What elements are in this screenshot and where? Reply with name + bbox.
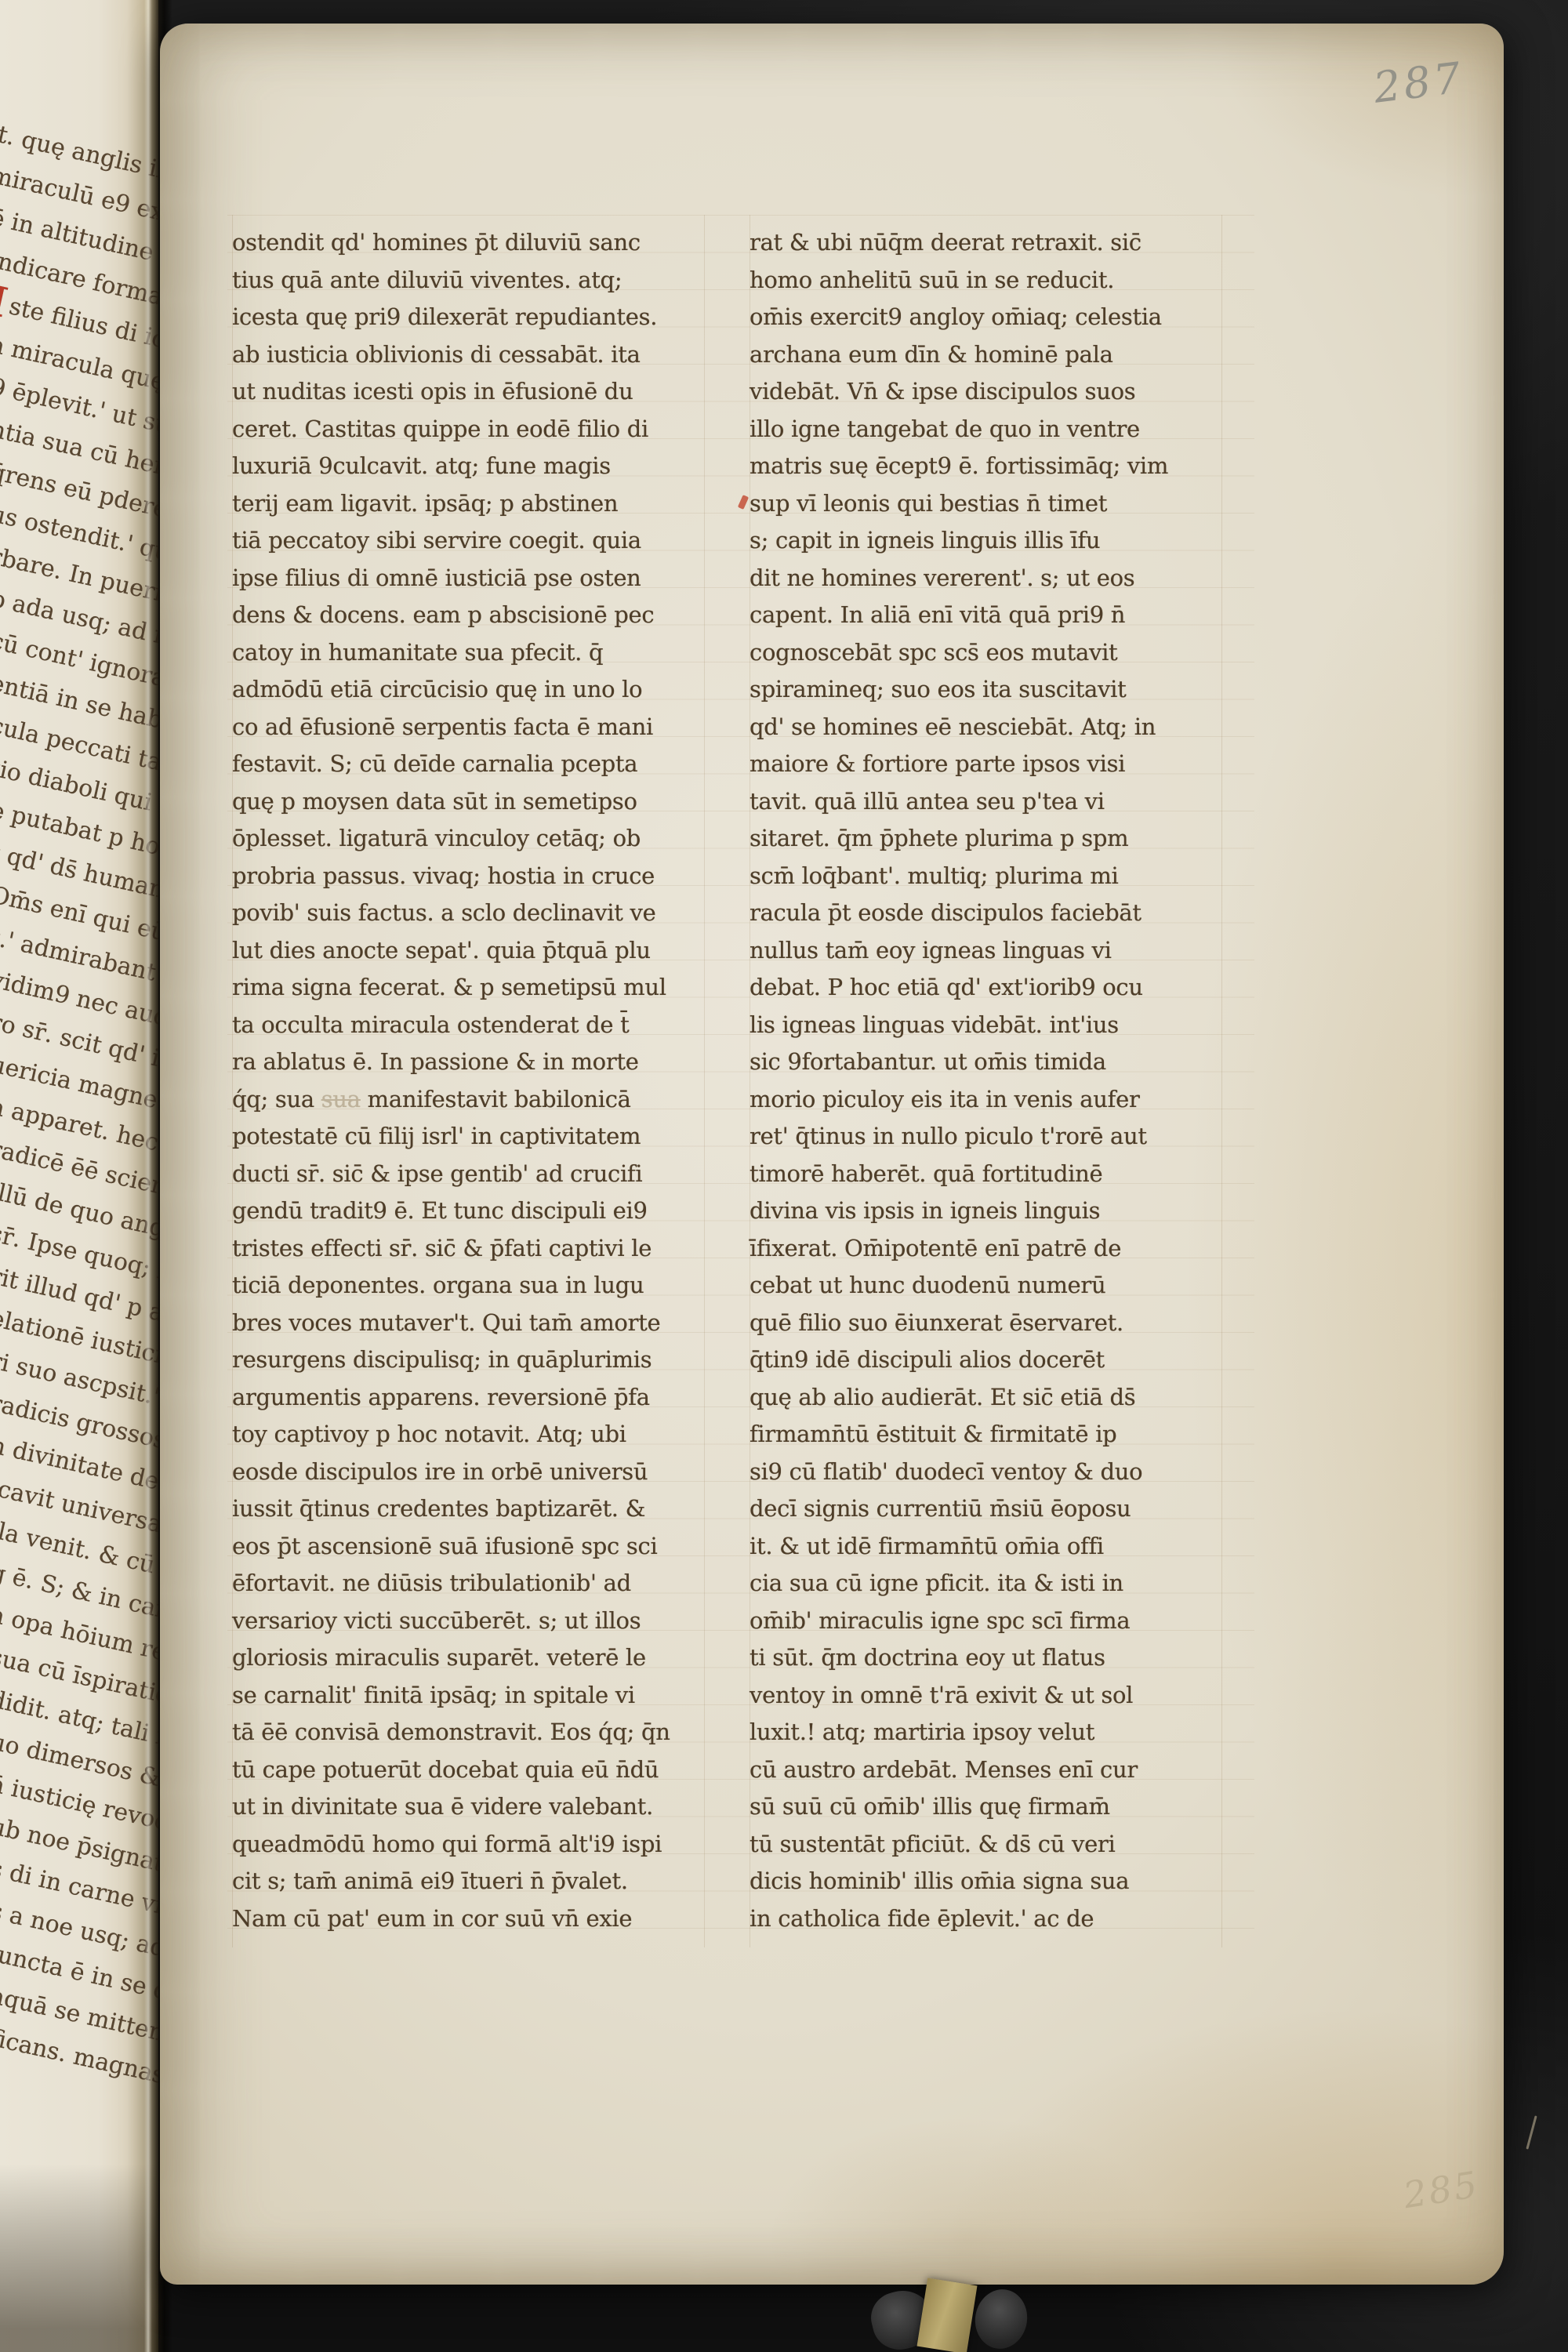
- text-line: spiramineq; suo eos ita suscitavit: [750, 671, 1168, 709]
- text-line: morio piculoy eis ita in venis aufer: [750, 1081, 1168, 1119]
- text-line: gendū tradit9 ē. Et tunc discipuli ei9: [232, 1192, 670, 1230]
- text-line: illo igne tangebat de quo in ventre: [750, 411, 1168, 448]
- text-line: sic 9fortabantur. ut om̄is timida: [750, 1044, 1168, 1081]
- text-line: se carnalit' finitā ipsāq; in spitale vi: [232, 1677, 670, 1715]
- text-line: ti sūt. q̄m doctrina eoy ut flatus: [750, 1639, 1168, 1677]
- text-line: cit s; tam̄ animā ei9 ītueri n̄ p̄valet.: [232, 1863, 670, 1900]
- text-line: ventoy in omnē t'rā exivit & ut sol: [750, 1677, 1168, 1715]
- text-line: argumentis apparens. reversionē p̄fa: [232, 1379, 670, 1417]
- text-line: ēfortavit. ne diūsis tribulationib' ad: [232, 1565, 670, 1602]
- text-line: iussit q̄tinus credentes baptizarēt. &: [232, 1490, 670, 1528]
- text-line: povib' suis factus. a sclo declinavit ve: [232, 895, 670, 932]
- text-line: ra ablatus ē. In passione & in morte: [232, 1044, 670, 1081]
- text-line: ostendit qd' homines p̄t diluviū sanc: [232, 224, 670, 262]
- text-line: bres voces mutaver't. Qui tam̄ amorte: [232, 1305, 670, 1342]
- text-line: Nam cū pat' eum in cor suū vn̄ exie: [232, 1900, 670, 1938]
- text-line: rima signa fecerat. & p semetipsū mul: [232, 969, 670, 1007]
- folio-number-pencil: 287: [1371, 53, 1467, 113]
- text-line: quę p moysen data sūt in semetipso: [232, 783, 670, 821]
- text-line: ceret. Castitas quippe in eodē filio di: [232, 411, 670, 448]
- text-line: catoy in humanitate sua pfecit. q̄: [232, 634, 670, 672]
- text-line: festavit. S; cū deīde carnalia pcepta: [232, 746, 670, 783]
- text-line: firmamn̄tū ēstituit & firmitatē ip: [750, 1416, 1168, 1454]
- text-line: toy captivoy p hoc notavit. Atq; ubi: [232, 1416, 670, 1454]
- text-line: q̄tin9 idē discipuli alios docerēt: [750, 1341, 1168, 1379]
- clip-clamp-right: [971, 2285, 1032, 2352]
- text-line: in catholica fide ēplevit.' ac de: [750, 1900, 1168, 1938]
- text-line: tū cape potuerūt docebat quia eū n̄dū: [232, 1751, 670, 1789]
- text-line: tū sustentāt pficiūt. & ds̄ cū veri: [750, 1826, 1168, 1864]
- text-column-left: ostendit qd' homines p̄t diluviū sanctiu…: [232, 224, 670, 1937]
- text-line: versarioy victi succūberēt. s; ut illos: [232, 1602, 670, 1640]
- manuscript-page: 287 ostendit qd' homines p̄t diluviū san…: [160, 24, 1504, 2285]
- text-line: cū austro ardebāt. Menses enī cur: [750, 1751, 1168, 1789]
- text-line: homo anhelitū suū in se reducit.: [750, 262, 1168, 299]
- text-line: resurgens discipulisq; in quāplurimis: [232, 1341, 670, 1379]
- text-line: racula p̄t eosde discipulos faciebāt: [750, 895, 1168, 932]
- text-line: rat & ubi nūq̄m deerat retraxit. sic̄: [750, 224, 1168, 262]
- text-line: om̄is exercit9 angloy om̄iaq; celestia: [750, 299, 1168, 336]
- text-column-right: rat & ubi nūq̄m deerat retraxit. sic̄hom…: [750, 224, 1168, 1937]
- text-line: tavit. quā illū antea seu p'tea vi: [750, 783, 1168, 821]
- text-line: eos p̄t ascensionē suā ifusionē spc sci: [232, 1528, 670, 1566]
- red-pen-mark: [738, 495, 749, 510]
- text-line: lis igneas linguas videbāt. int'ius: [750, 1007, 1168, 1044]
- text-line: archana eum dīn & hominē pala: [750, 336, 1168, 374]
- text-line: īfixerat. Om̄ipotentē enī patrē de: [750, 1230, 1168, 1268]
- text-line: s; capit in igneis linguis illis īfu: [750, 522, 1168, 560]
- text-line: ab iusticia oblivionis di cessabāt. ita: [232, 336, 670, 374]
- text-line: decī signis currentiū m̄siū ēoposu: [750, 1490, 1168, 1528]
- text-line: quę ab alio audierāt. Et sic̄ etiā ds̄: [750, 1379, 1168, 1417]
- text-line: timorē haberēt. quā fortitudinē: [750, 1156, 1168, 1193]
- text-line: tius quā ante diluviū viventes. atq;: [232, 262, 670, 299]
- text-line: sitaret. q̄m p̄phete plurima p spm: [750, 820, 1168, 858]
- text-line: luxuriā 9culcavit. atq; fune magis: [232, 448, 670, 485]
- text-line: qd' se homines eē nesciebāt. Atq; in: [750, 709, 1168, 746]
- text-line: icesta quę pri9 dilexerāt repudiantes.: [232, 299, 670, 336]
- text-line: divina vis ipsis in igneis linguis: [750, 1192, 1168, 1230]
- text-line: dicis hominib' illis om̄ia signa sua: [750, 1863, 1168, 1900]
- text-line: sū suū cū om̄ib' illis quę firmam̄: [750, 1788, 1168, 1826]
- text-line: debat. P hoc etiā qd' ext'iorib9 ocu: [750, 969, 1168, 1007]
- text-line: probria passus. vivaq; hostia in cruce: [232, 858, 670, 895]
- red-initial: I: [0, 278, 15, 328]
- text-line: tā ēē convisā demonstravit. Eos q́q; q̄n: [232, 1714, 670, 1751]
- text-line: tristes effecti sr̄. sic̄ & p̄fati capti…: [232, 1230, 670, 1268]
- text-line: queadmōdū homo qui formā alt'i9 ispi: [232, 1826, 670, 1864]
- page-clip: [872, 2283, 1083, 2352]
- text-line: tiā peccatoy sibi servire coegit. quia: [232, 522, 670, 560]
- text-line: luxit.! atq; martiria ipsoy velut: [750, 1714, 1168, 1751]
- struck-word: sua: [321, 1086, 361, 1112]
- text-line: matris suę ēcept9 ē. fortissimāq; vim: [750, 448, 1168, 485]
- clip-brass-strip: [917, 2278, 978, 2352]
- text-line: ōplesset. ligaturā vinculoy cetāq; ob: [232, 820, 670, 858]
- text-line: ipse filius di omnē iusticiā pse osten: [232, 560, 670, 597]
- text-line: co ad ēfusionē serpentis facta ē mani: [232, 709, 670, 746]
- text-line: om̄ib' miraculis igne spc scī firma: [750, 1602, 1168, 1640]
- text-line: terij eam ligavit. ipsāq; p abstinen: [232, 485, 670, 523]
- text-line: videbāt. Vn̄ & ipse discipulos suos: [750, 373, 1168, 411]
- text-line: sup vī leonis qui bestias n̄ timet: [750, 485, 1168, 523]
- text-line: dens & docens. eam p abscisionē pec: [232, 597, 670, 634]
- text-line: q́q; sua sua manifestavit babilonicā: [232, 1081, 670, 1119]
- text-line: cebat ut hunc duodenū numerū: [750, 1267, 1168, 1305]
- text-line: capent. In aliā enī vitā quā pri9 n̄: [750, 597, 1168, 634]
- text-line: si9 cū flatib' duodecī ventoy & duo: [750, 1454, 1168, 1491]
- text-line: quē filio suo ēiunxerat ēservaret.: [750, 1305, 1168, 1342]
- text-line: dit ne homines vererent'. s; ut eos: [750, 560, 1168, 597]
- text-line: ticiā deponentes. organa sua in lugu: [232, 1267, 670, 1305]
- text-line: cognoscebāt spc scs̄ eos mutavit: [750, 634, 1168, 672]
- text-line: ut in divinitate sua ē videre valebant.: [232, 1788, 670, 1826]
- text-line: lut dies anocte sepat'. quia p̄tquā plu: [232, 932, 670, 970]
- bottom-pencil-mark: 285: [1400, 2163, 1482, 2216]
- text-line: cia sua cū igne pficit. ita & isti in: [750, 1565, 1168, 1602]
- text-line: ta occulta miracula ostenderat de t̄: [232, 1007, 670, 1044]
- text-line: potestatē cū filij isrl' in captivitatem: [232, 1118, 670, 1156]
- facing-page-edge: it. quę anglis in celis vidmiraculū e9 e…: [0, 0, 158, 2352]
- text-line: it. & ut idē firmamn̄tū om̄ia offi: [750, 1528, 1168, 1566]
- text-line: maiore & fortiore parte ipsos visi: [750, 746, 1168, 783]
- text-line: ut nuditas icesti opis in ēfusionē du: [232, 373, 670, 411]
- text-line: ret' q̄tinus in nullo piculo t'rorē aut: [750, 1118, 1168, 1156]
- text-line: scm̄ loq̄bant'. multiq; plurima mi: [750, 858, 1168, 895]
- text-line: ducti sr̄. sic̄ & ipse gentib' ad crucif…: [232, 1156, 670, 1193]
- text-line: eosde discipulos ire in orbē universū: [232, 1454, 670, 1491]
- text-line: nullus tam̄ eoy igneas linguas vi: [750, 932, 1168, 970]
- manuscript-photograph: it. quę anglis in celis vidmiraculū e9 e…: [0, 0, 1568, 2352]
- text-line: admōdū etiā circūcisio quę in uno lo: [232, 671, 670, 709]
- text-line: gloriosis miraculis suparēt. veterē le: [232, 1639, 670, 1677]
